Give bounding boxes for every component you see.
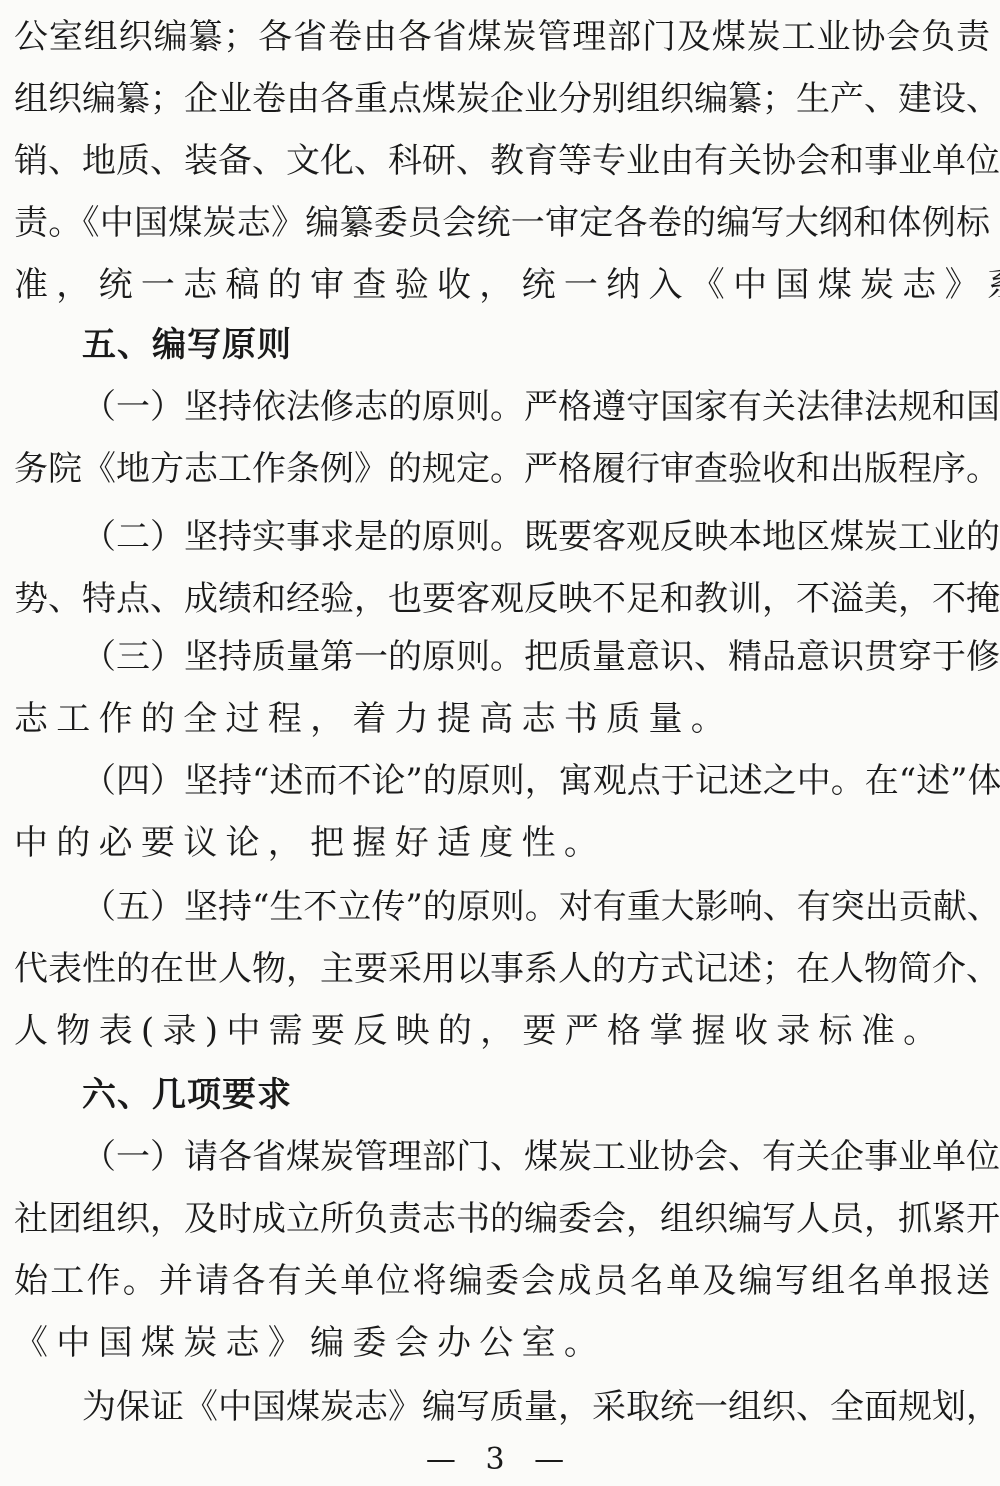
- page-number: — 3 —: [0, 1440, 1000, 1480]
- paragraph-start: （四）坚持“述而不论”的原则，寓观点于记述之中。在“述”体: [82, 750, 990, 812]
- text-line: 准，统一志稿的审查验收，统一纳入《中国煤炭志》系列。: [14, 254, 990, 316]
- paragraph-start: （一）请各省煤炭管理部门、煤炭工业协会、有关企事业单位、: [82, 1126, 990, 1188]
- paragraph-start: （五）坚持“生不立传”的原则。对有重大影响、有突出贡献、有: [82, 876, 990, 938]
- paragraph-start: 为保证《中国煤炭志》编写质量，采取统一组织、全面规划，分: [82, 1376, 990, 1438]
- text-line: 公室组织编纂；各省卷由各省煤炭管理部门及煤炭工业协会负责: [14, 6, 990, 68]
- paragraph-start: （一）坚持依法修志的原则。严格遵守国家有关法律法规和国: [82, 376, 990, 438]
- text-line: 始工作。并请各有关单位将编委会成员名单及编写组名单报送: [14, 1250, 990, 1312]
- text-line: 销、地质、装备、文化、科研、教育等专业由有关协会和事业单位负: [14, 130, 990, 192]
- text-line: 组织编纂；企业卷由各重点煤炭企业分别组织编纂；生产、建设、运: [14, 68, 990, 130]
- text-line: 人物表(录)中需要反映的，要严格掌握收录标准。: [14, 1000, 990, 1062]
- text-line: 社团组织，及时成立所负责志书的编委会，组织编写人员，抓紧开: [14, 1188, 990, 1250]
- text-line: 中的必要议论，把握好适度性。: [14, 812, 990, 874]
- section-heading-requirements: 六、几项要求: [82, 1064, 990, 1126]
- text-line: 志工作的全过程，着力提高志书质量。: [14, 688, 990, 750]
- text-line: 势、特点、成绩和经验，也要客观反映不足和教训，不溢美，不掩过。: [14, 568, 990, 630]
- text-line: 责。《中国煤炭志》编纂委员会统一审定各卷的编写大纲和体例标: [14, 192, 990, 254]
- paragraph-start: （三）坚持质量第一的原则。把质量意识、精品意识贯穿于修: [82, 626, 990, 688]
- text-line: 《中国煤炭志》编委会办公室。: [14, 1312, 990, 1374]
- section-heading-principles: 五、编写原则: [82, 314, 990, 376]
- text-line: 代表性的在世人物，主要采用以事系人的方式记述；在人物简介、: [14, 938, 990, 1000]
- paragraph-start: （二）坚持实事求是的原则。既要客观反映本地区煤炭工业的优: [82, 506, 990, 568]
- text-line: 务院《地方志工作条例》的规定。严格履行审查验收和出版程序。: [14, 438, 990, 500]
